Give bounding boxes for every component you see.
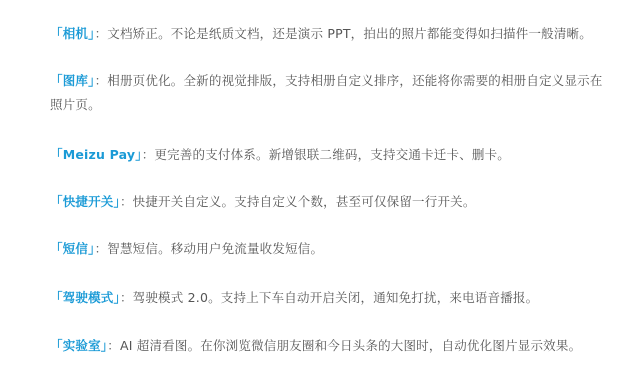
feature-driving-mode: 「驾驶模式」：驾驶模式 2.0。支持上下车自动开启关闭，通知免打扰，来电语音播报… <box>50 286 610 310</box>
article-body: 「相机」：文档矫正。不论是纸质文档，还是演示 PPT，拍出的照片都能变得如扫描件… <box>0 0 640 384</box>
feature-separator: ： <box>95 241 108 256</box>
feature-tag: 「Meizu Pay」 <box>50 147 142 162</box>
feature-separator: ： <box>95 73 108 88</box>
feature-separator: ： <box>107 338 120 353</box>
feature-separator: ： <box>120 194 133 209</box>
feature-description: 快捷开关自定义。支持自定义个数，甚至可仅保留一行开关。 <box>133 194 476 209</box>
feature-tag: 「图库」 <box>50 73 95 88</box>
feature-description: 文档矫正。不论是纸质文档，还是演示 PPT，拍出的照片都能变得如扫描件一般清晰。 <box>107 26 592 41</box>
feature-description: 相册页优化。全新的视觉排版，支持相册自定义排序，还能将你需要的相册自定义显示在照… <box>50 73 603 112</box>
feature-tag: 「实验室」 <box>50 338 107 353</box>
feature-sms: 「短信」：智慧短信。移动用户免流量收发短信。 <box>50 237 610 261</box>
feature-tag: 「相机」 <box>50 26 95 41</box>
feature-description: 智慧短信。移动用户免流量收发短信。 <box>107 241 323 256</box>
feature-camera: 「相机」：文档矫正。不论是纸质文档，还是演示 PPT，拍出的照片都能变得如扫描件… <box>50 22 610 46</box>
feature-gallery: 「图库」：相册页优化。全新的视觉排版，支持相册自定义排序，还能将你需要的相册自定… <box>50 69 610 117</box>
feature-tag: 「驾驶模式」 <box>50 290 120 305</box>
feature-description: AI 超清看图。在你浏览微信朋友圈和今日头条的大图时，自动优化图片显示效果。 <box>120 338 581 353</box>
feature-separator: ： <box>142 147 155 162</box>
feature-description: 驾驶模式 2.0。支持上下车自动开启关闭，通知免打扰，来电语音播报。 <box>133 290 539 305</box>
feature-separator: ： <box>95 26 108 41</box>
feature-separator: ： <box>120 290 133 305</box>
feature-quick-switch: 「快捷开关」：快捷开关自定义。支持自定义个数，甚至可仅保留一行开关。 <box>50 190 610 214</box>
feature-tag: 「短信」 <box>50 241 95 256</box>
feature-meizu-pay: 「Meizu Pay」：更完善的支付体系。新增银联二维码，支持交通卡迁卡、删卡。 <box>50 143 610 167</box>
feature-tag: 「快捷开关」 <box>50 194 120 209</box>
feature-description: 更完善的支付体系。新增银联二维码，支持交通卡迁卡、删卡。 <box>154 147 510 162</box>
feature-lab: 「实验室」：AI 超清看图。在你浏览微信朋友圈和今日头条的大图时，自动优化图片显… <box>50 334 610 358</box>
